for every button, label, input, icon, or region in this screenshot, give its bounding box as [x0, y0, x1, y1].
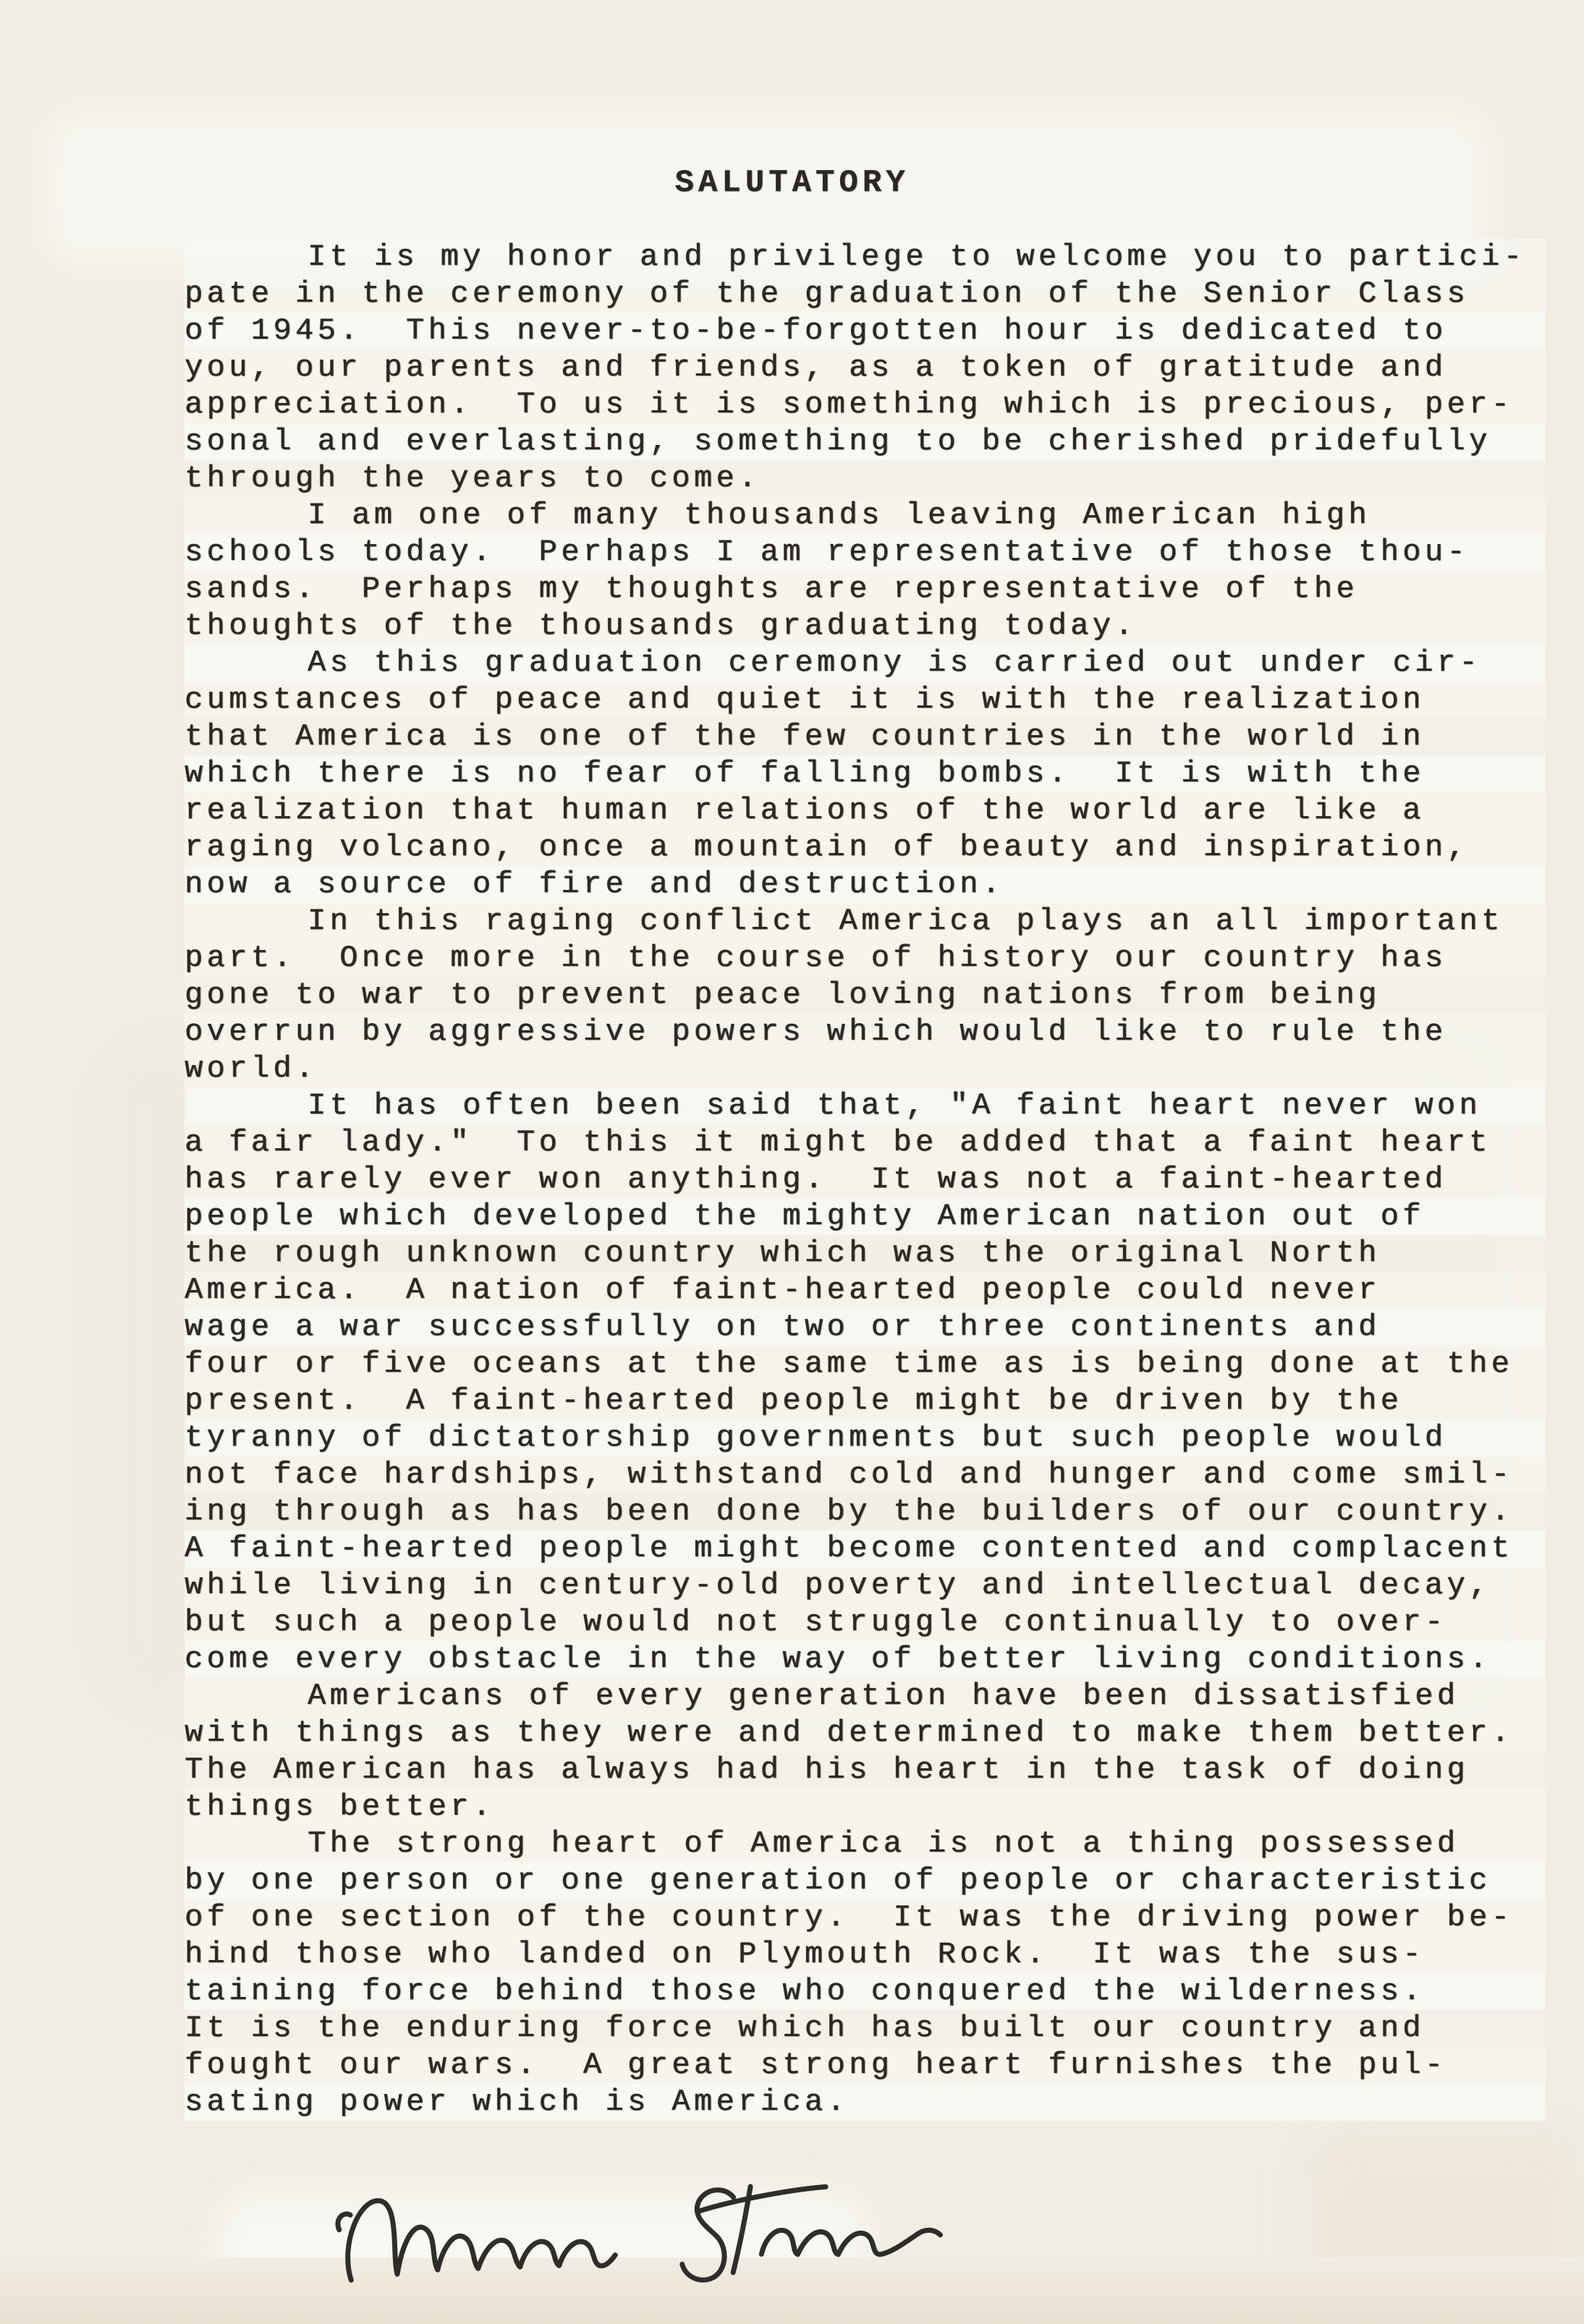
text-line: people which developed the mighty Americ…	[185, 1198, 1545, 1235]
text-line: America. A nation of faint-hearted peopl…	[185, 1272, 1545, 1309]
text-line: the rough unknown country which was the …	[185, 1235, 1545, 1272]
text-line: sands. Perhaps my thoughts are represent…	[185, 571, 1545, 608]
scan-artifact	[1309, 2134, 1584, 2323]
text-line: fought our wars. A great strong heart fu…	[185, 2047, 1545, 2084]
text-line: through the years to come.	[185, 460, 1545, 497]
text-line: I am one of many thousands leaving Ameri…	[185, 497, 1545, 534]
text-line: sating power which is America.	[185, 2084, 1545, 2121]
text-line: In this raging conflict America plays an…	[185, 903, 1545, 940]
text-line: four or five oceans at the same time as …	[185, 1346, 1545, 1383]
text-line: tyranny of dictatorship governments but …	[185, 1420, 1545, 1456]
text-line: of 1945. This never-to-be-forgotten hour…	[185, 313, 1545, 349]
text-line: gone to war to prevent peace loving nati…	[185, 977, 1545, 1014]
text-line: cumstances of peace and quiet it is with…	[185, 682, 1545, 718]
text-line: schools today. Perhaps I am representati…	[185, 534, 1545, 571]
text-line: while living in century-old poverty and …	[185, 1567, 1545, 1604]
text-line: not face hardships, withstand cold and h…	[185, 1456, 1545, 1493]
text-line: now a source of fire and destruction.	[185, 866, 1545, 903]
text-line: As this graduation ceremony is carried o…	[185, 645, 1545, 682]
text-line: world.	[185, 1051, 1545, 1087]
text-line: part. Once more in the course of history…	[185, 940, 1545, 977]
text-line: things better.	[185, 1789, 1545, 1825]
text-line: of one section of the country. It was th…	[185, 1899, 1545, 1936]
text-line: which there is no fear of falling bombs.…	[185, 755, 1545, 792]
text-line: Americans of every generation have been …	[185, 1678, 1545, 1715]
text-line: a fair lady." To this it might be added …	[185, 1124, 1545, 1161]
signature: Norman Storm	[327, 2142, 969, 2316]
text-line: but such a people would not struggle con…	[185, 1604, 1545, 1641]
text-line: hind those who landed on Plymouth Rock. …	[185, 1936, 1545, 1973]
text-line: The American has always had his heart in…	[185, 1752, 1545, 1789]
text-line: sonal and everlasting, something to be c…	[185, 423, 1545, 460]
text-line: present. A faint-hearted people might be…	[185, 1383, 1545, 1420]
text-line: realization that human relations of the …	[185, 792, 1545, 829]
text-line: you, our parents and friends, as a token…	[185, 349, 1545, 386]
text-line: come every obstacle in the way of better…	[185, 1641, 1545, 1678]
text-line: A faint-hearted people might become cont…	[185, 1530, 1545, 1567]
text-line: overrun by aggressive powers which would…	[185, 1014, 1545, 1051]
text-line: The strong heart of America is not a thi…	[185, 1825, 1545, 1862]
text-line: thoughts of the thousands graduating tod…	[185, 608, 1545, 645]
document-body: It is my honor and privilege to welcome …	[185, 239, 1545, 2121]
text-line: has rarely ever won anything. It was not…	[185, 1161, 1545, 1198]
text-line: by one person or one generation of peopl…	[185, 1862, 1545, 1899]
text-line: It is my honor and privilege to welcome …	[185, 239, 1545, 276]
text-line: appreciation. To us it is something whic…	[185, 386, 1545, 423]
document-title: SALUTATORY	[0, 165, 1584, 201]
text-line: ing through as has been done by the buil…	[185, 1493, 1545, 1530]
text-line: pate in the ceremony of the graduation o…	[185, 276, 1545, 313]
text-line: wage a war successfully on two or three …	[185, 1309, 1545, 1346]
text-line: It is the enduring force which has built…	[185, 2010, 1545, 2047]
scanned-document-page: SALUTATORY It is my honor and privilege …	[0, 0, 1584, 2324]
text-line: It has often been said that, "A faint he…	[185, 1087, 1545, 1124]
text-line: with things as they were and determined …	[185, 1715, 1545, 1752]
text-line: that America is one of the few countries…	[185, 718, 1545, 755]
text-line: taining force behind those who conquered…	[185, 1973, 1545, 2010]
signature-handwriting-icon	[327, 2142, 969, 2316]
text-line: raging volcano, once a mountain of beaut…	[185, 829, 1545, 866]
